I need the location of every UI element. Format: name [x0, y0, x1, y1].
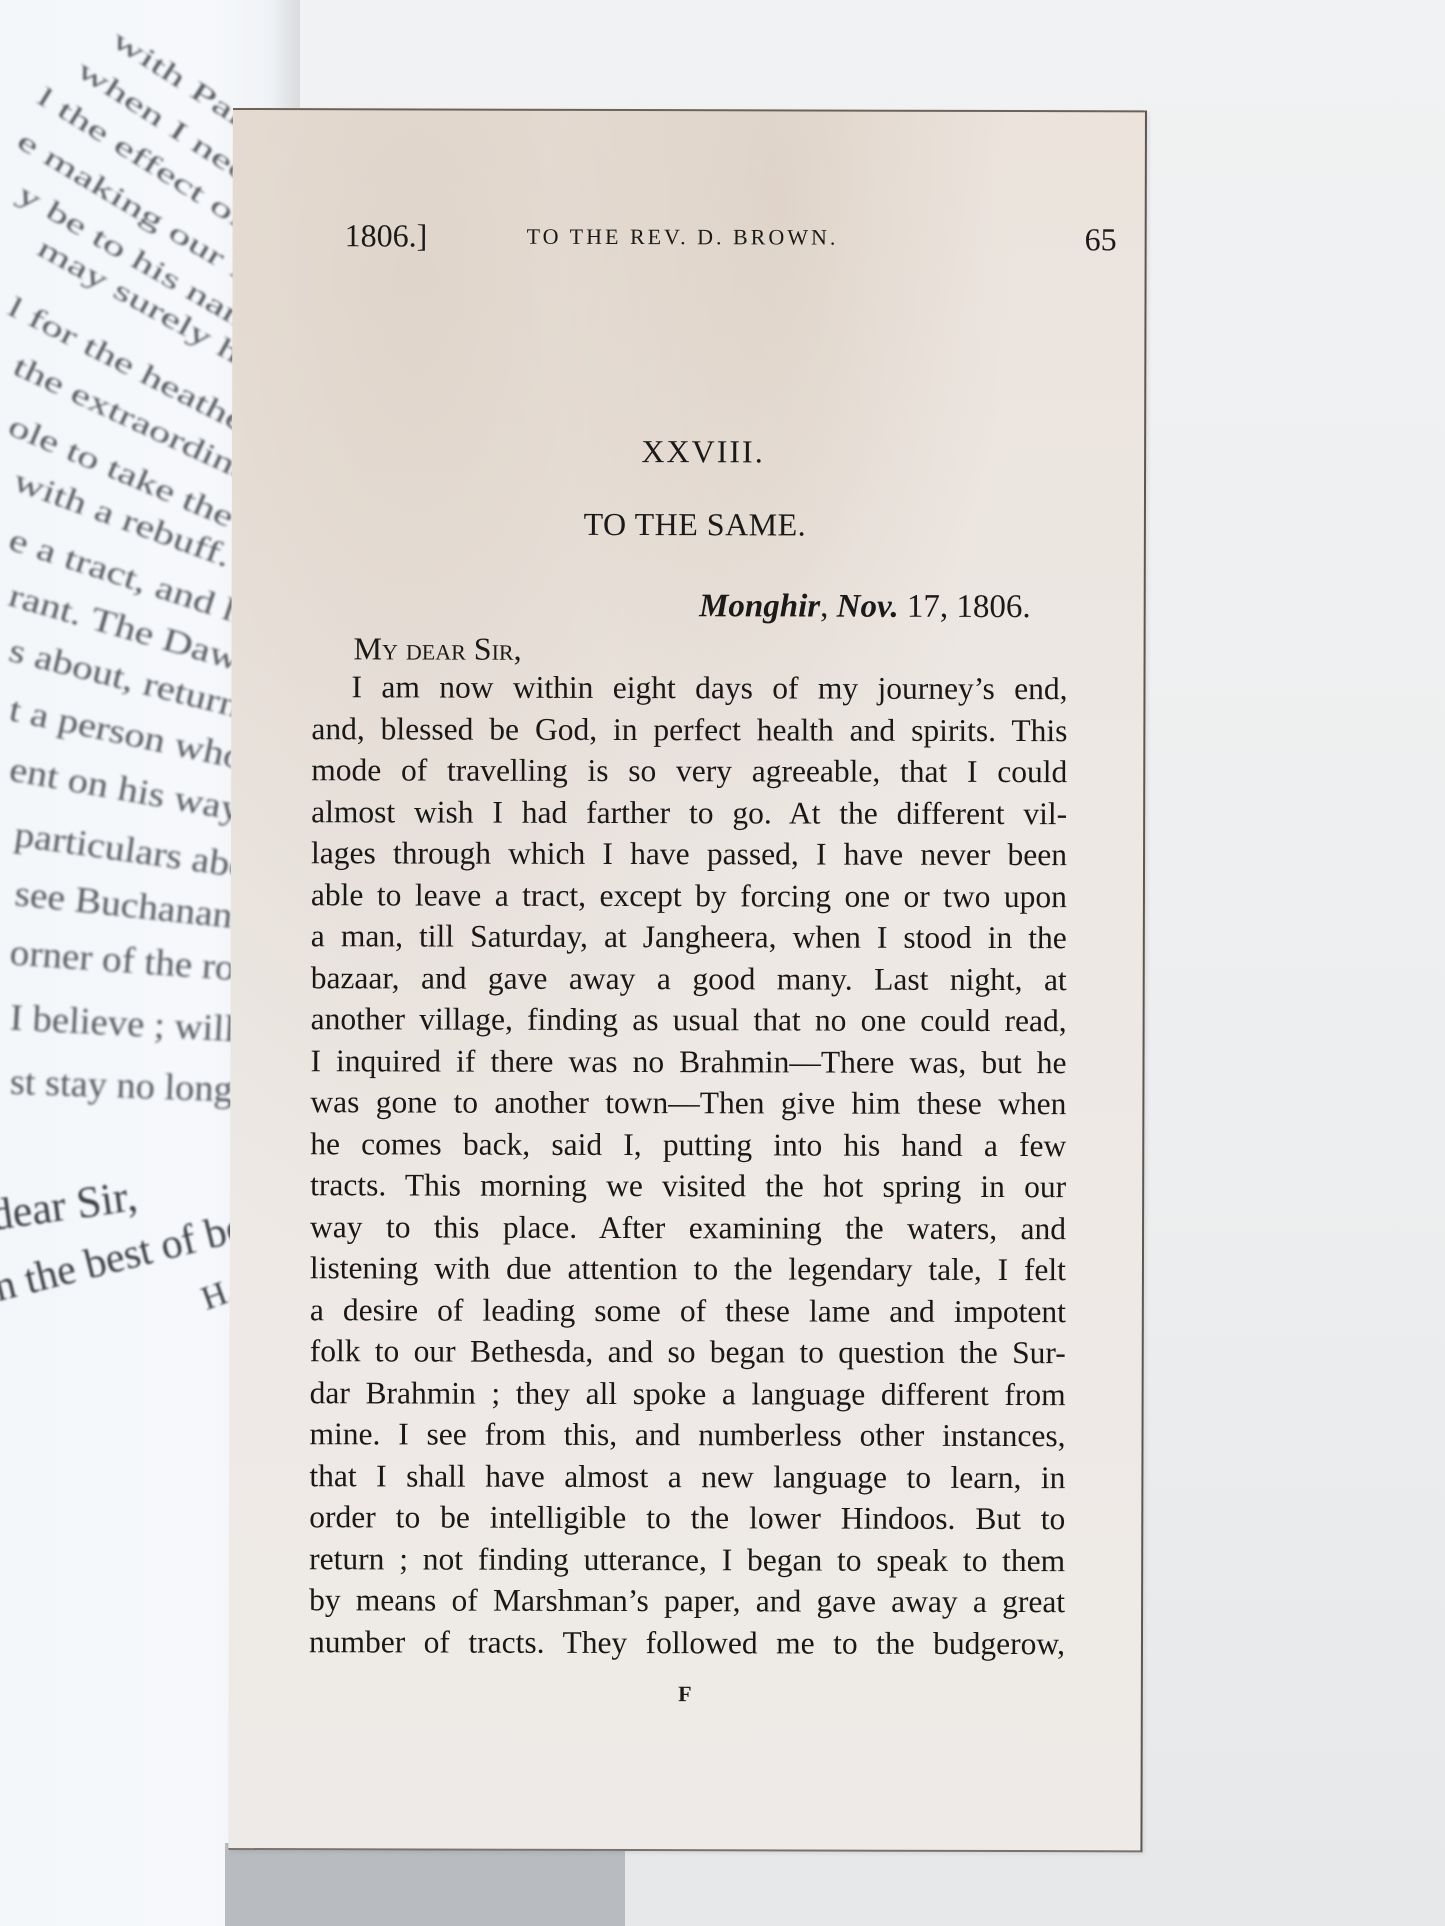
body-line: way to this place. After examining the w…	[310, 1206, 1066, 1249]
body-line: a desire of leading some of these lame a…	[310, 1289, 1066, 1332]
body-line: tracts. This morning we visited the hot …	[310, 1164, 1066, 1207]
body-line: and, blessed be God, in perfect health a…	[311, 708, 1067, 751]
body-line: dar Brahmin ; they all spoke a language …	[310, 1372, 1066, 1415]
body-line: able to leave a tract, except by forcing…	[311, 874, 1067, 917]
body-line: mode of travelling is so very agreeable,…	[311, 749, 1067, 792]
body-line: bazaar, and gave away a good many. Last …	[311, 957, 1067, 1000]
body-line: another village, finding as usual that n…	[311, 998, 1067, 1041]
dateline: Monghir, Nov. 17, 1806.	[699, 588, 1031, 626]
salutation: My dear Sir,	[354, 630, 522, 667]
running-head-year: 1806.]	[345, 217, 428, 254]
left-closing-salutation: dear Sir,	[0, 1170, 140, 1241]
body-line: that I shall have almost a new language …	[309, 1455, 1065, 1498]
dateline-place: Monghir	[699, 588, 820, 624]
body-line: I am now within eight days of my journey…	[311, 666, 1067, 709]
body-line: return ; not finding utterance, I began …	[309, 1538, 1065, 1581]
body-line: order to be intelligible to the lower Hi…	[309, 1496, 1065, 1539]
body-line: I inquired if there was no Brahmin—There…	[310, 1040, 1066, 1083]
body-line: folk to our Bethesda, and so began to qu…	[310, 1330, 1066, 1373]
body-line: number of tracts. They followed me to th…	[309, 1621, 1065, 1664]
signature-mark: F	[229, 1680, 1141, 1708]
body-line: listening with due attention to the lege…	[310, 1247, 1066, 1290]
letter-heading: TO THE SAME.	[232, 505, 1144, 544]
letter-body: I am now within eight days of my journey…	[309, 666, 1068, 1664]
page-number: 65	[1085, 221, 1117, 258]
letter-number: XXVIII.	[232, 432, 1144, 471]
body-line: a man, till Saturday, at Jangheera, when…	[311, 915, 1067, 958]
dateline-date: 17, 1806.	[907, 589, 1031, 625]
body-line: was gone to another town—Then give him t…	[310, 1081, 1066, 1124]
body-line: almost wish I had farther to go. At the …	[311, 791, 1067, 834]
body-line: lages through which I have passed, I hav…	[311, 832, 1067, 875]
dateline-month: Nov.	[837, 589, 899, 625]
book-cover-edge	[225, 1843, 625, 1926]
book-page: 1806.] TO THE REV. D. BROWN. 65 XXVIII. …	[228, 108, 1147, 1852]
body-line: he comes back, said I, putting into his …	[310, 1123, 1066, 1166]
running-head: 1806.] TO THE REV. D. BROWN. 65	[233, 217, 1145, 259]
body-line: mine. I see from this, and numberless ot…	[309, 1413, 1065, 1456]
body-line: by means of Marshman’s paper, and gave a…	[309, 1579, 1065, 1622]
running-head-title: TO THE REV. D. BROWN.	[527, 224, 839, 251]
